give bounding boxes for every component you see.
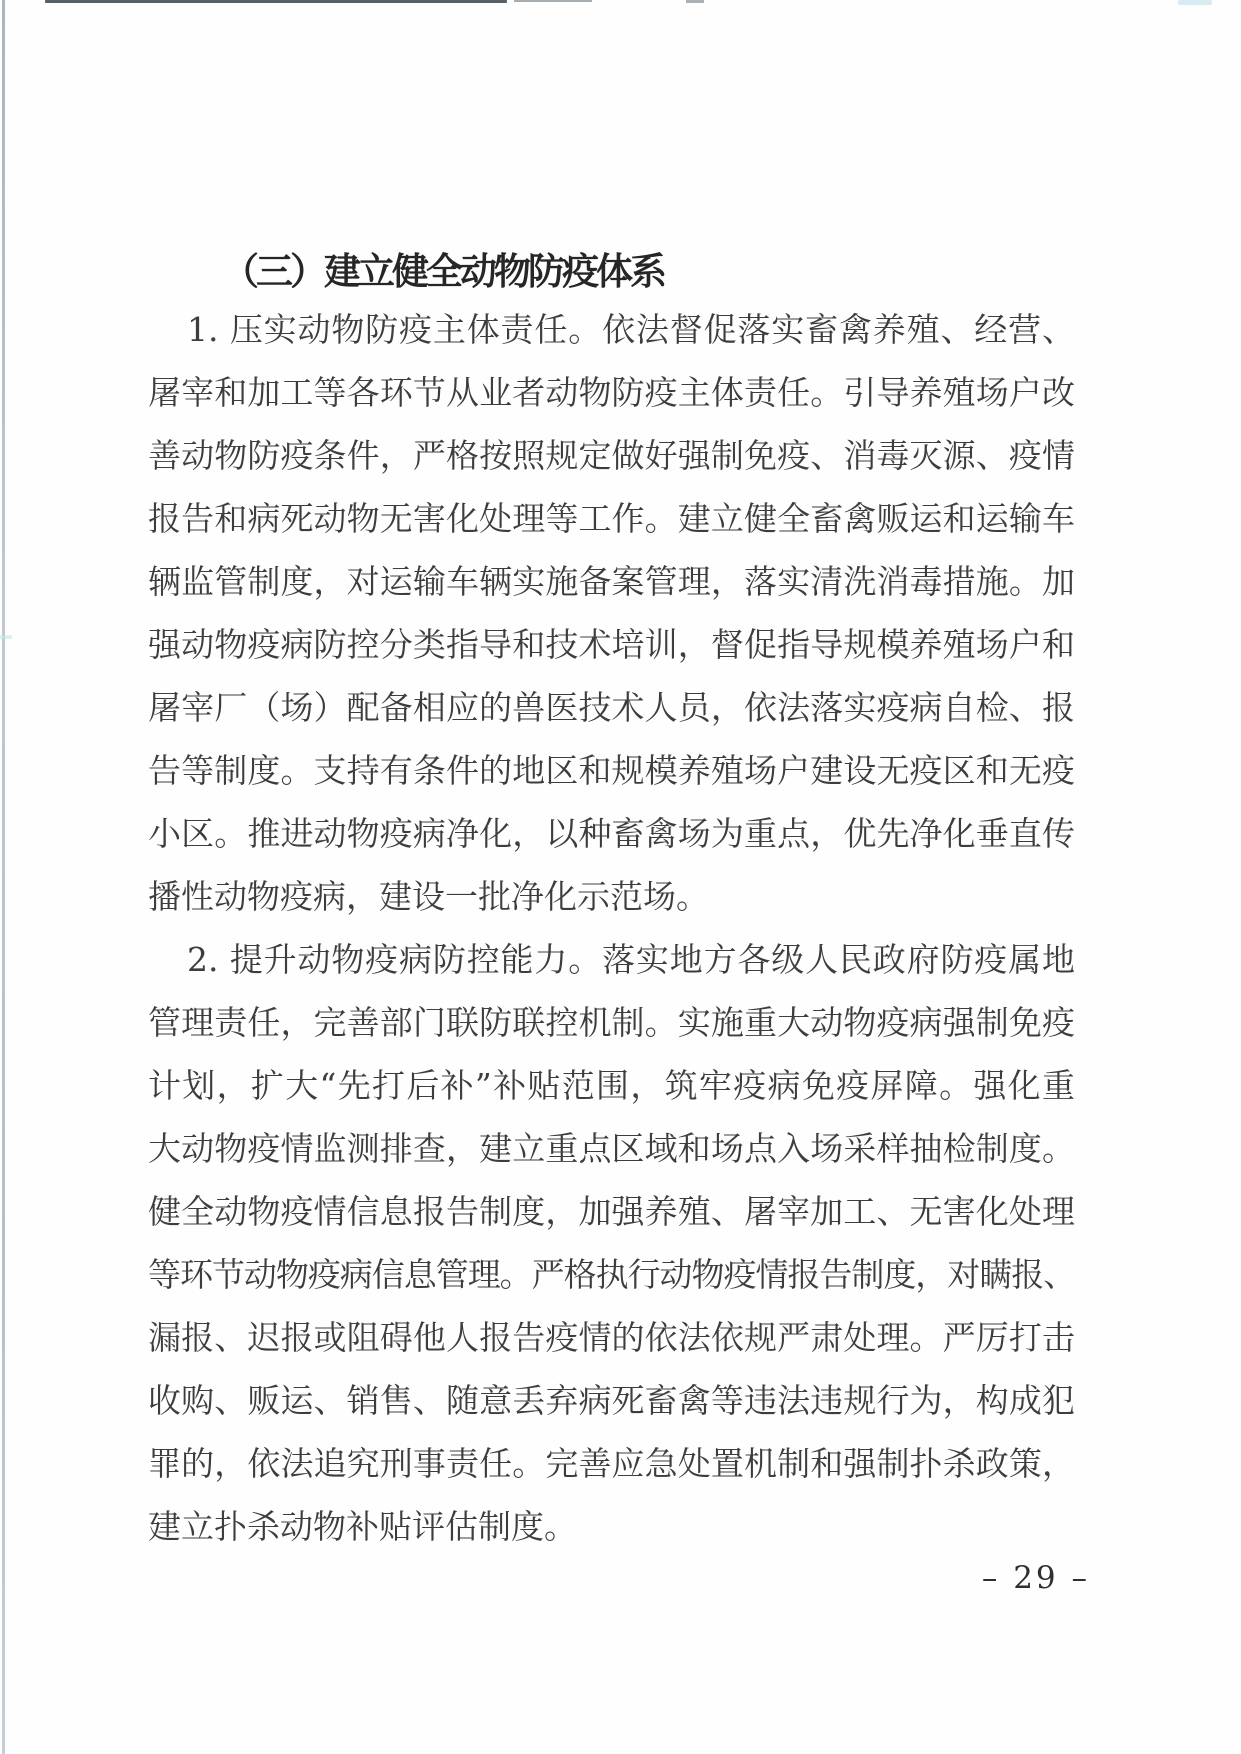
document-body: 1. 压实动物防疫主体责任。依法督促落实畜禽养殖、经营、 屠宰和加工等各环节从业… xyxy=(148,298,1075,1558)
scan-artifact-left-edge xyxy=(2,0,5,1754)
scan-artifact-top-edge xyxy=(686,0,704,3)
text-line: 报告和病死动物无害化处理等工作。建立健全畜禽贩运和运输车 xyxy=(148,487,1075,550)
scan-artifact-smudge xyxy=(0,635,12,639)
scanned-document-page: （三）建立健全动物防疫体系 1. 压实动物防疫主体责任。依法督促落实畜禽养殖、经… xyxy=(0,0,1241,1754)
text-line: 小区。推进动物疫病净化，以种畜禽场为重点，优先净化垂直传 xyxy=(148,802,1075,865)
scan-artifact-top-edge xyxy=(514,0,592,2)
text-line: 屠宰厂（场）配备相应的兽医技术人员，依法落实疫病自检、报 xyxy=(148,676,1075,739)
text-line: 屠宰和加工等各环节从业者动物防疫主体责任。引导养殖场户改 xyxy=(148,361,1075,424)
text-line: 播性动物疫病，建设一批净化示范场。 xyxy=(148,865,1075,928)
scan-artifact-top-edge xyxy=(45,0,507,3)
text-line: 计划，扩大“先打后补”补贴范围，筑牢疫病免疫屏障。强化重 xyxy=(148,1054,1075,1117)
text-line: 1. 压实动物防疫主体责任。依法督促落实畜禽养殖、经营、 xyxy=(148,298,1075,361)
text-line: 罪的，依法追究刑事责任。完善应急处置机制和强制扑杀政策， xyxy=(148,1432,1075,1495)
text-line: 漏报、迟报或阻碍他人报告疫情的依法依规严肃处理。严厉打击 xyxy=(148,1306,1075,1369)
text-line: 等环节动物疫病信息管理。严格执行动物疫情报告制度，对瞒报、 xyxy=(148,1243,1075,1306)
text-line: 大动物疫情监测排查，建立重点区域和场点入场采样抽检制度。 xyxy=(148,1117,1075,1180)
text-line: 健全动物疫情信息报告制度，加强养殖、屠宰加工、无害化处理 xyxy=(148,1180,1075,1243)
text-line: 告等制度。支持有条件的地区和规模养殖场户建设无疫区和无疫 xyxy=(148,739,1075,802)
text-line: 管理责任，完善部门联防联控机制。实施重大动物疫病强制免疫 xyxy=(148,991,1075,1054)
text-line: 收购、贩运、销售、随意丢弃病死畜禽等违法违规行为，构成犯 xyxy=(148,1369,1075,1432)
text-line: 2. 提升动物疫病防控能力。落实地方各级人民政府防疫属地 xyxy=(148,928,1075,991)
page-number: – 29 – xyxy=(982,1560,1090,1596)
text-line: 辆监管制度，对运输车辆实施备案管理，落实清洗消毒措施。加 xyxy=(148,550,1075,613)
scan-artifact-smudge xyxy=(1178,0,1212,5)
section-heading: （三）建立健全动物防疫体系 xyxy=(222,241,664,295)
text-line: 强动物疫病防控分类指导和技术培训，督促指导规模养殖场户和 xyxy=(148,613,1075,676)
text-line: 善动物防疫条件，严格按照规定做好强制免疫、消毒灭源、疫情 xyxy=(148,424,1075,487)
text-line: 建立扑杀动物补贴评估制度。 xyxy=(148,1495,1075,1558)
